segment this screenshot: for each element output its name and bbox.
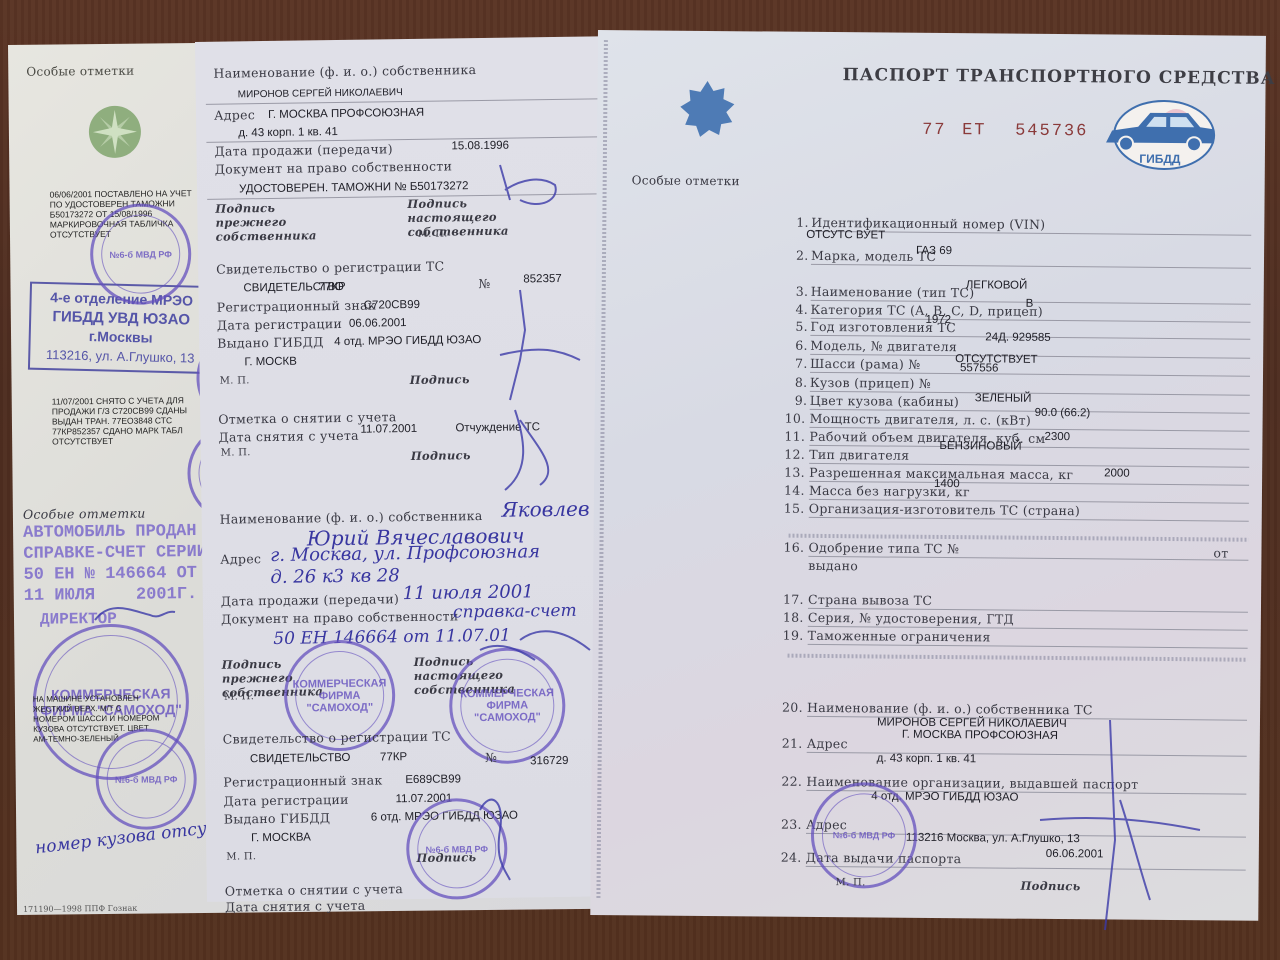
signature-strokes [0,0,1280,960]
